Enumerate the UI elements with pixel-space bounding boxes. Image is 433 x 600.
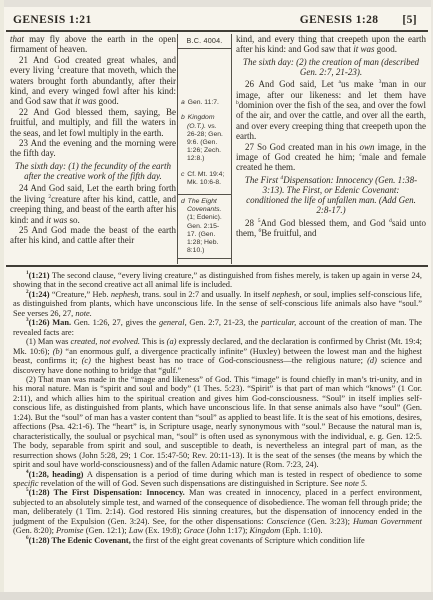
margin-reference-list: a Gen. 11:7.b Kingdom (O.T.). vs. 26-28;… bbox=[181, 99, 228, 259]
bible-text-block: that may fly above the earth in the open… bbox=[6, 30, 428, 264]
bible-paragraph: 28 5And God blessed them, and God dsaid … bbox=[236, 218, 426, 239]
scan-edge-left bbox=[0, 0, 4, 600]
footnote-paragraph: 4(1:28, heading) A dispensation is a per… bbox=[13, 470, 422, 489]
bible-paragraph: kind, and every thing that creepeth upon… bbox=[236, 34, 426, 55]
bible-paragraph-text: 25 And God made the beast of the earth a… bbox=[10, 225, 176, 245]
footnote-paragraph: 1(1:21) The second clause, “every living… bbox=[13, 271, 422, 290]
header-left-title: GENESIS 1:21 bbox=[13, 14, 92, 26]
center-reference-column: B.C. 4004. a Gen. 11:7.b Kingdom (O.T.).… bbox=[177, 34, 232, 264]
reference-letter: c bbox=[181, 171, 184, 178]
footnote-paragraph: (2) That man was made in the “image and … bbox=[13, 375, 422, 470]
footnote-marker: 5(1:28) The First Dispensation: Innocenc… bbox=[26, 488, 189, 497]
bible-paragraph: 25 And God made the beast of the earth a… bbox=[10, 225, 176, 246]
bible-paragraph: 21 And God created great whales, and eve… bbox=[10, 55, 176, 107]
bible-paragraph-text: The sixth day: (2) the creation of man (… bbox=[243, 57, 419, 77]
footnote-text: The second clause, “every living creatur… bbox=[13, 271, 422, 289]
footnote-marker: 1(1:21) bbox=[26, 271, 52, 280]
bible-paragraph-text: 21 And God created great whales, and eve… bbox=[10, 55, 176, 107]
footnote-marker: 2(1:24) bbox=[26, 290, 52, 299]
bible-paragraph-text: 24 And God said, Let the earth bring for… bbox=[10, 183, 176, 224]
bible-paragraph-text: The First 4Dispensation: Innocency (Gen.… bbox=[245, 175, 417, 216]
header-right-group: GENESIS 1:28 [5] bbox=[300, 14, 417, 26]
margin-reference: a Gen. 11:7. bbox=[181, 99, 228, 107]
left-text-column: that may fly above the earth in the open… bbox=[10, 34, 176, 264]
bible-paragraph-text: 27 So God created man in his own image, … bbox=[236, 142, 426, 173]
margin-reference: d The Eight Covenants. (1; Edenic). Gen.… bbox=[178, 194, 231, 259]
bible-paragraph: 22 And God blessed them, saying, Be frui… bbox=[10, 107, 176, 138]
bible-paragraph: 24 And God said, Let the earth bring for… bbox=[10, 183, 176, 225]
bible-paragraph: 23 And the evening and the morning were … bbox=[10, 138, 176, 159]
scan-edge-top bbox=[0, 0, 433, 7]
footnote-marker: 4(1:28, heading) bbox=[26, 470, 87, 479]
reference-letter: a bbox=[181, 99, 185, 106]
footnote-paragraph: (1) Man was created, not evolved. This i… bbox=[13, 337, 422, 375]
bible-paragraph-text: The sixth day: (1) the fecundity of the … bbox=[15, 161, 171, 181]
scan-edge-bottom bbox=[0, 592, 433, 600]
footnote-paragraph: 5(1:28) The First Dispensation: Innocenc… bbox=[13, 488, 422, 535]
bc-date: B.C. 4004. bbox=[178, 34, 231, 49]
footnote-text: Gen. 1:26, 27, gives the general, Gen. 2… bbox=[13, 318, 422, 336]
margin-reference: b Kingdom (O.T.). vs. 26-28; Gen. 9:6. (… bbox=[181, 114, 228, 163]
reference-letter: d bbox=[181, 198, 185, 205]
bible-paragraph: 26 And God said, Let aus make 3man in ou… bbox=[236, 79, 426, 141]
footnotes-section: 1(1:21) The second clause, “every living… bbox=[6, 265, 428, 583]
bible-paragraph: The sixth day: (1) the fecundity of the … bbox=[15, 161, 171, 181]
page-number: [5] bbox=[402, 14, 417, 26]
margin-reference: c Cf. Mt. 19:4; Mk. 10:6-8. bbox=[181, 171, 228, 187]
footnote-paragraph: 6(1:28) The Edenic Covenant, the first o… bbox=[13, 536, 422, 545]
footnote-paragraph: 3(1:26) Man. Gen. 1:26, 27, gives the ge… bbox=[13, 318, 422, 337]
bible-paragraph: 27 So God created man in his own image, … bbox=[236, 142, 426, 173]
reference-letter: b bbox=[181, 114, 185, 121]
reference-text: Kingdom (O.T.). vs. 26-28; Gen. 9:6. (Ge… bbox=[187, 114, 223, 162]
footnote-paragraph: 2(1:24) “Creature,” Heb. nephesh, trans.… bbox=[13, 290, 422, 318]
bible-paragraph: The First 4Dispensation: Innocency (Gen.… bbox=[241, 175, 421, 216]
bible-paragraph: that may fly above the earth in the open… bbox=[10, 34, 176, 55]
footnote-text: the first of the eight great covenants o… bbox=[133, 536, 365, 545]
footnote-text: (2) That man was made in the “image and … bbox=[13, 375, 422, 469]
footnote-marker: 3(1:26) Man. bbox=[26, 318, 74, 327]
bible-paragraph-text: kind, and every thing that creepeth upon… bbox=[236, 34, 426, 54]
reference-text: Cf. Mt. 19:4; Mk. 10:6-8. bbox=[187, 171, 224, 186]
header-right-title: GENESIS 1:28 bbox=[300, 14, 379, 26]
bible-paragraph-text: 26 And God said, Let aus make 3man in ou… bbox=[236, 79, 426, 141]
bible-paragraph-text: 22 And God blessed them, saying, Be frui… bbox=[10, 107, 176, 138]
reference-text: Gen. 11:7. bbox=[188, 99, 219, 106]
footnote-marker: 6(1:28) The Edenic Covenant, bbox=[26, 536, 133, 545]
footnote-text: (1) Man was created, not evolved. This i… bbox=[13, 337, 422, 374]
bible-paragraph-text: 23 And the evening and the morning were … bbox=[10, 138, 176, 158]
reference-text: The Eight Covenants. (1; Edenic). Gen. 2… bbox=[187, 198, 222, 254]
bible-paragraph: The sixth day: (2) the creation of man (… bbox=[241, 57, 421, 77]
bible-paragraph-text: that may fly above the earth in the open… bbox=[10, 34, 176, 54]
footnote-text: “Creature,” Heb. nephesh, trans. soul in… bbox=[13, 290, 422, 318]
right-text-column: kind, and every thing that creepeth upon… bbox=[233, 34, 426, 264]
bible-paragraph-text: 28 5And God blessed them, and God dsaid … bbox=[236, 218, 426, 238]
